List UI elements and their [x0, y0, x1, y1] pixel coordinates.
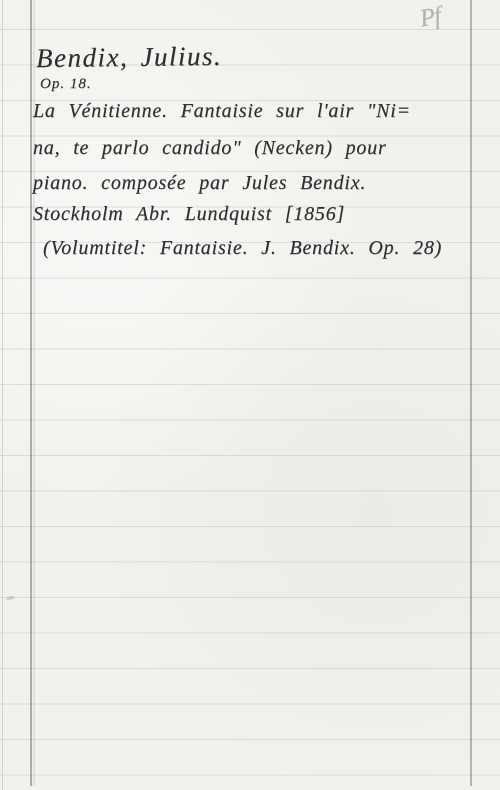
- ink-smudge: [6, 595, 16, 601]
- opus-number: Op. 18.: [40, 76, 92, 93]
- entry-line-title-3: piano. composée par Jules Bendix.: [33, 172, 366, 195]
- pencil-shelfmark: Pf: [418, 2, 443, 33]
- entry-line-volume-note: (Volumtitel: Fantaisie. J. Bendix. Op. 2…: [43, 237, 442, 260]
- catalog-card-page: Pf Bendix, Julius. Op. 18. La Vénitienne…: [0, 0, 500, 790]
- entry-line-title-1: La Vénitienne. Fantaisie sur l'air "Ni=: [33, 100, 411, 123]
- entry-line-title-2: na, te parlo candido" (Necken) pour: [33, 137, 387, 160]
- scan-edge-line: [2, 0, 3, 790]
- entry-line-imprint: Stockholm Abr. Lundquist [1856]: [33, 203, 345, 226]
- composer-heading: Bendix, Julius.: [36, 41, 223, 74]
- right-margin-rule: [470, 0, 472, 786]
- left-margin-rule: [30, 0, 32, 786]
